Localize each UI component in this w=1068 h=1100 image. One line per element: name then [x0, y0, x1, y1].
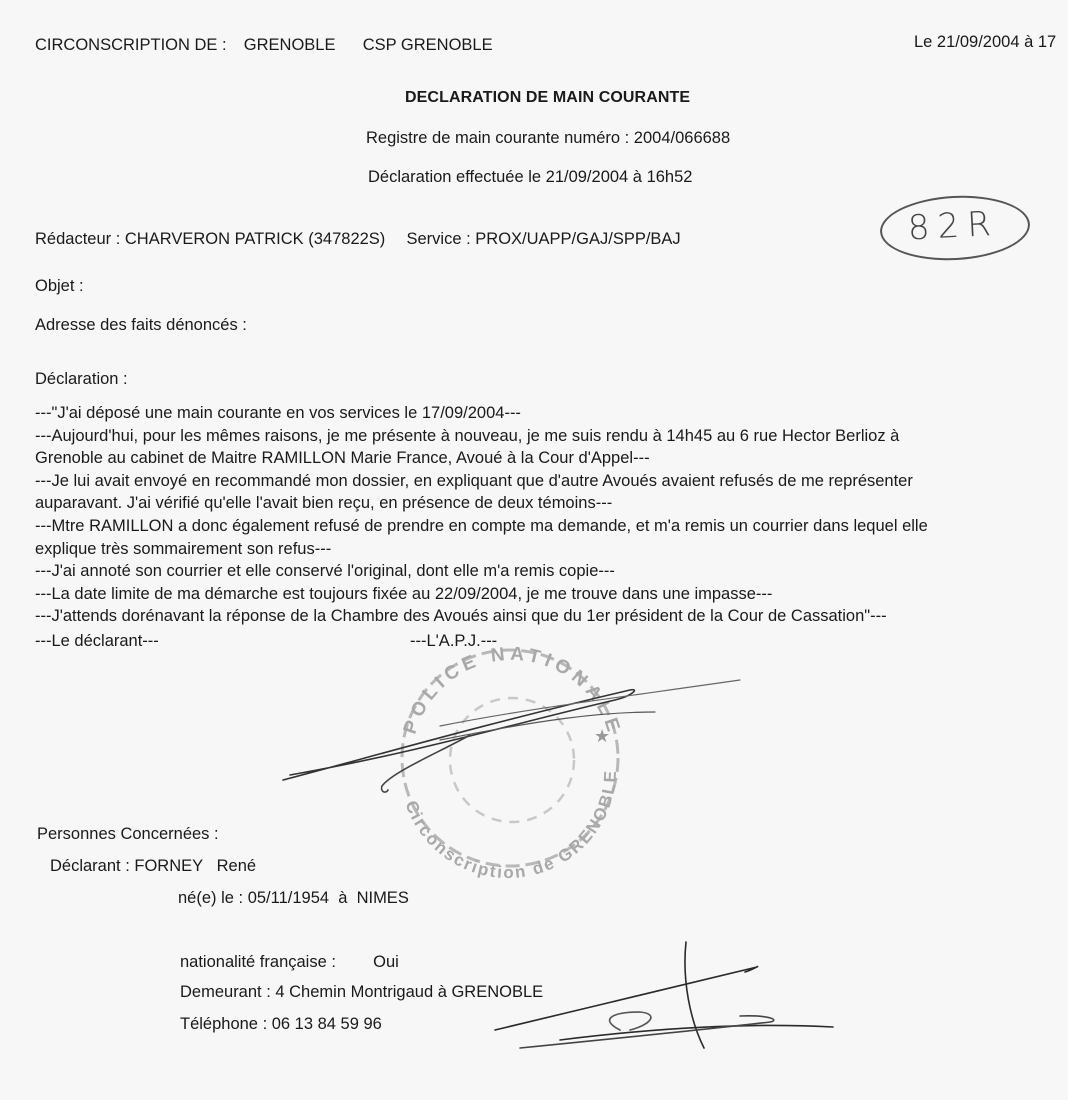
- declaration-line: ---Je lui avait envoyé en recommandé mon…: [35, 470, 928, 493]
- service-value: PROX/UAPP/GAJ/SPP/BAJ: [475, 230, 680, 248]
- date-lieu-naissance: né(e) le : 05/11/1954 à NIMES: [178, 889, 409, 908]
- redacteur-label: Rédacteur :: [35, 230, 120, 248]
- declaration-line: explique très sommairement son refus---: [35, 538, 928, 561]
- adresse-domicile: Demeurant : 4 Chemin Montrigaud à GRENOB…: [180, 983, 543, 1002]
- nationalite-line: nationalité française : Oui: [180, 953, 399, 972]
- redacteur-name: CHARVERON PATRICK (347822S): [125, 230, 385, 248]
- svg-text:POLICE NATIONALE: POLICE NATIONALE: [400, 644, 625, 739]
- circonscription-label: CIRCONSCRIPTION DE :: [35, 36, 227, 54]
- declarant-name: FORNEY René: [134, 857, 256, 875]
- csp-label: CSP GRENOBLE: [363, 36, 493, 54]
- circonscription-value: GRENOBLE: [244, 36, 336, 54]
- annotation-text: 82R: [907, 204, 1000, 249]
- declaration-line: ---Aujourd'hui, pour les mêmes raisons, …: [35, 425, 928, 448]
- declaration-line: ---Mtre RAMILLON a donc également refusé…: [35, 515, 928, 538]
- date-stamp: Le 21/09/2004 à 17: [914, 33, 1056, 52]
- nationalite-label: nationalité française :: [180, 953, 336, 971]
- svg-text:★: ★: [594, 726, 610, 746]
- declarant-label: Déclarant :: [50, 857, 130, 875]
- objet-label: Objet :: [35, 277, 84, 296]
- declarant-signature-label: ---Le déclarant---: [35, 632, 159, 651]
- declaration-body: ---"J'ai déposé une main courante en vos…: [35, 402, 928, 628]
- apj-signature-label: ---L'A.P.J.---: [410, 632, 497, 651]
- redacteur-line: Rédacteur : CHARVERON PATRICK (347822S) …: [35, 230, 681, 249]
- adresse-label: Adresse des faits dénoncés :: [35, 316, 247, 335]
- declaration-line: ---J'ai annoté son courrier et elle cons…: [35, 560, 928, 583]
- registre-number: Registre de main courante numéro : 2004/…: [366, 129, 730, 148]
- declarant-line: Déclarant : FORNEY René: [50, 857, 256, 876]
- service-label: Service :: [407, 230, 471, 248]
- declaration-date: Déclaration effectuée le 21/09/2004 à 16…: [368, 168, 692, 187]
- declaration-line: auparavant. J'ai vérifié qu'elle l'avait…: [35, 492, 928, 515]
- declaration-label: Déclaration :: [35, 370, 128, 389]
- nationalite-value: Oui: [373, 953, 399, 971]
- document-title: DECLARATION DE MAIN COURANTE: [405, 89, 690, 107]
- personnes-heading: Personnes Concernées :: [37, 825, 219, 844]
- svg-text:Circonscription de GRENOBLE: Circonscription de GRENOBLE: [401, 769, 620, 882]
- declaration-line: ---"J'ai déposé une main courante en vos…: [35, 402, 928, 425]
- circonscription-header: CIRCONSCRIPTION DE : GRENOBLE CSP GRENOB…: [35, 36, 493, 55]
- handwritten-annotation: 82R: [878, 192, 1031, 264]
- declaration-line: ---La date limite de ma démarche est tou…: [35, 583, 928, 606]
- telephone: Téléphone : 06 13 84 59 96: [180, 1015, 382, 1034]
- declaration-line: ---J'attends dorénavant la réponse de la…: [35, 605, 928, 628]
- declaration-line: Grenoble au cabinet de Maitre RAMILLON M…: [35, 447, 928, 470]
